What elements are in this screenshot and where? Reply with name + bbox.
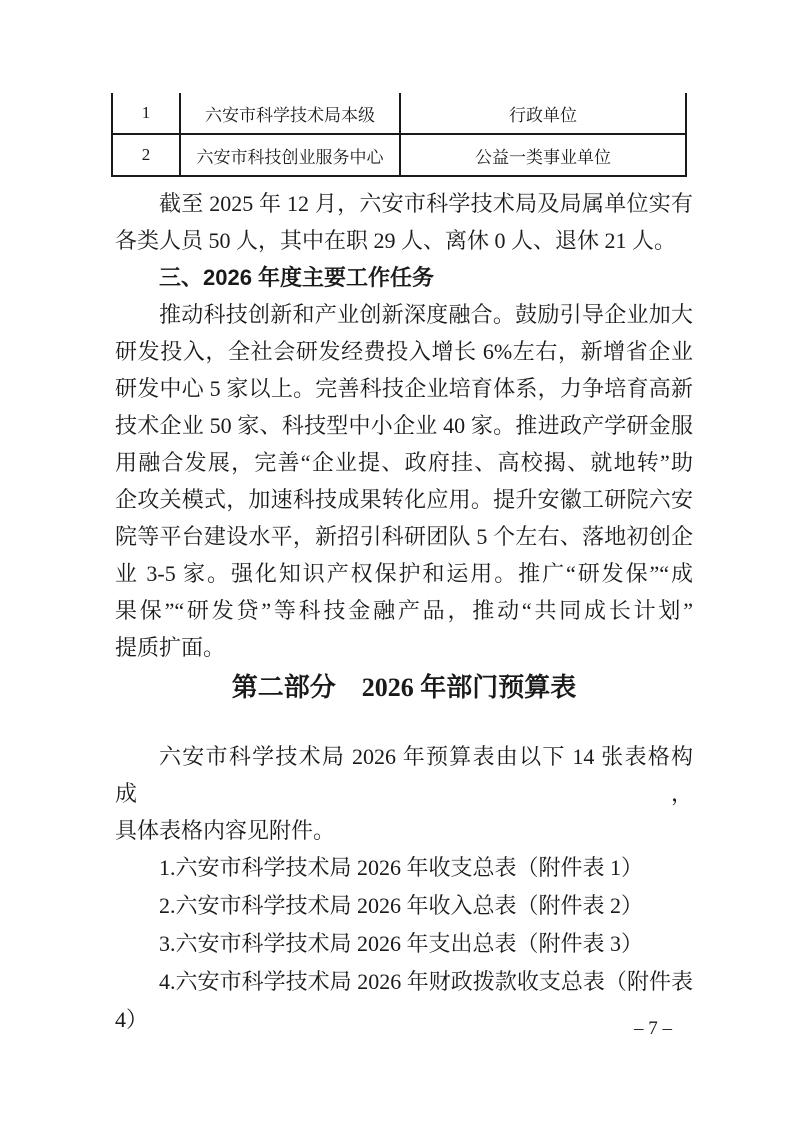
heading-part2-budget-tables: 第二部分 2026 年部门预算表 (115, 666, 693, 710)
text-line: 3.六安市科学技术局 2026 年支出总表（附件表 3） (115, 925, 693, 963)
text-line: 推动科技创新和产业创新深度融合。鼓励引导企业加大 (115, 296, 693, 333)
text-line: 具体表格内容见附件。 (115, 812, 693, 849)
document-body: 截至 2025 年 12 月，六安市科学技术局及局属单位实有 各类人员 50 人… (115, 185, 693, 1039)
text-line: 业 3-5 家。强化知识产权保护和运用。推广“研发保”“成 (115, 555, 693, 592)
heading-work-tasks: 三、2026 年度主要工作任务 (115, 259, 693, 296)
text-line: 企攻关模式，加速科技成果转化应用。提升安徽工研院六安 (115, 481, 693, 518)
cell-unit-type: 行政单位 (400, 93, 686, 134)
text-line: 4） (115, 1001, 693, 1039)
cell-serial-number: 1 (112, 93, 180, 134)
cell-serial-number: 2 (112, 134, 180, 176)
text-line: 4.六安市科学技术局 2026 年财政拨款收支总表（附件表 (115, 963, 693, 1001)
list-item: 3.六安市科学技术局 2026 年支出总表（附件表 3） (115, 925, 693, 963)
list-item: 4.六安市科学技术局 2026 年财政拨款收支总表（附件表 4） (115, 963, 693, 1039)
text-line: 用融合发展，完善“企业提、政府挂、高校揭、就地转”助 (115, 444, 693, 481)
text-line: 院等平台建设水平，新招引科研团队 5 个左右、落地初创企 (115, 518, 693, 555)
budget-table-list: 1.六安市科学技术局 2026 年收支总表（附件表 1） 2.六安市科学技术局 … (115, 849, 693, 1039)
table-row: 2 六安市科技创业服务中心 公益一类事业单位 (112, 134, 686, 176)
text-line: 果保”“研发贷”等科技金融产品，推动“共同成长计划” (115, 592, 693, 629)
text-line: 技术企业 50 家、科技型中小企业 40 家。推进政产学研金服 (115, 407, 693, 444)
list-item: 2.六安市科学技术局 2026 年收入总表（附件表 2） (115, 887, 693, 925)
paragraph-work-tasks: 推动科技创新和产业创新深度融合。鼓励引导企业加大 研发投入，全社会研发经费投入增… (115, 296, 693, 666)
text-line: 截至 2025 年 12 月，六安市科学技术局及局属单位实有 (115, 185, 693, 222)
paragraph-staffing: 截至 2025 年 12 月，六安市科学技术局及局属单位实有 各类人员 50 人… (115, 185, 693, 259)
text-line: 提质扩面。 (115, 629, 693, 666)
cell-unit-type: 公益一类事业单位 (400, 134, 686, 176)
text-line: 六安市科学技术局 2026 年预算表由以下 14 张表格构成， (115, 738, 693, 812)
text-line: 研发投入，全社会研发经费投入增长 6%左右，新增省企业 (115, 333, 693, 370)
table-row: 1 六安市科学技术局本级 行政单位 (112, 93, 686, 134)
cell-unit-name: 六安市科学技术局本级 (180, 93, 400, 134)
unit-list-table: 1 六安市科学技术局本级 行政单位 2 六安市科技创业服务中心 公益一类事业单位 (111, 93, 687, 177)
text-line: 研发中心 5 家以上。完善科技企业培育体系，力争培育高新 (115, 370, 693, 407)
text-line: 各类人员 50 人，其中在职 29 人、离休 0 人、退休 21 人。 (115, 222, 693, 259)
paragraph-tables-intro: 六安市科学技术局 2026 年预算表由以下 14 张表格构成， 具体表格内容见附… (115, 738, 693, 849)
document-page: 1 六安市科学技术局本级 行政单位 2 六安市科技创业服务中心 公益一类事业单位… (0, 0, 793, 1122)
cell-unit-name: 六安市科技创业服务中心 (180, 134, 400, 176)
list-item: 1.六安市科学技术局 2026 年收支总表（附件表 1） (115, 849, 693, 887)
text-line: 1.六安市科学技术局 2026 年收支总表（附件表 1） (115, 849, 693, 887)
page-number: – 7 – (618, 1014, 688, 1044)
text-line: 2.六安市科学技术局 2026 年收入总表（附件表 2） (115, 887, 693, 925)
